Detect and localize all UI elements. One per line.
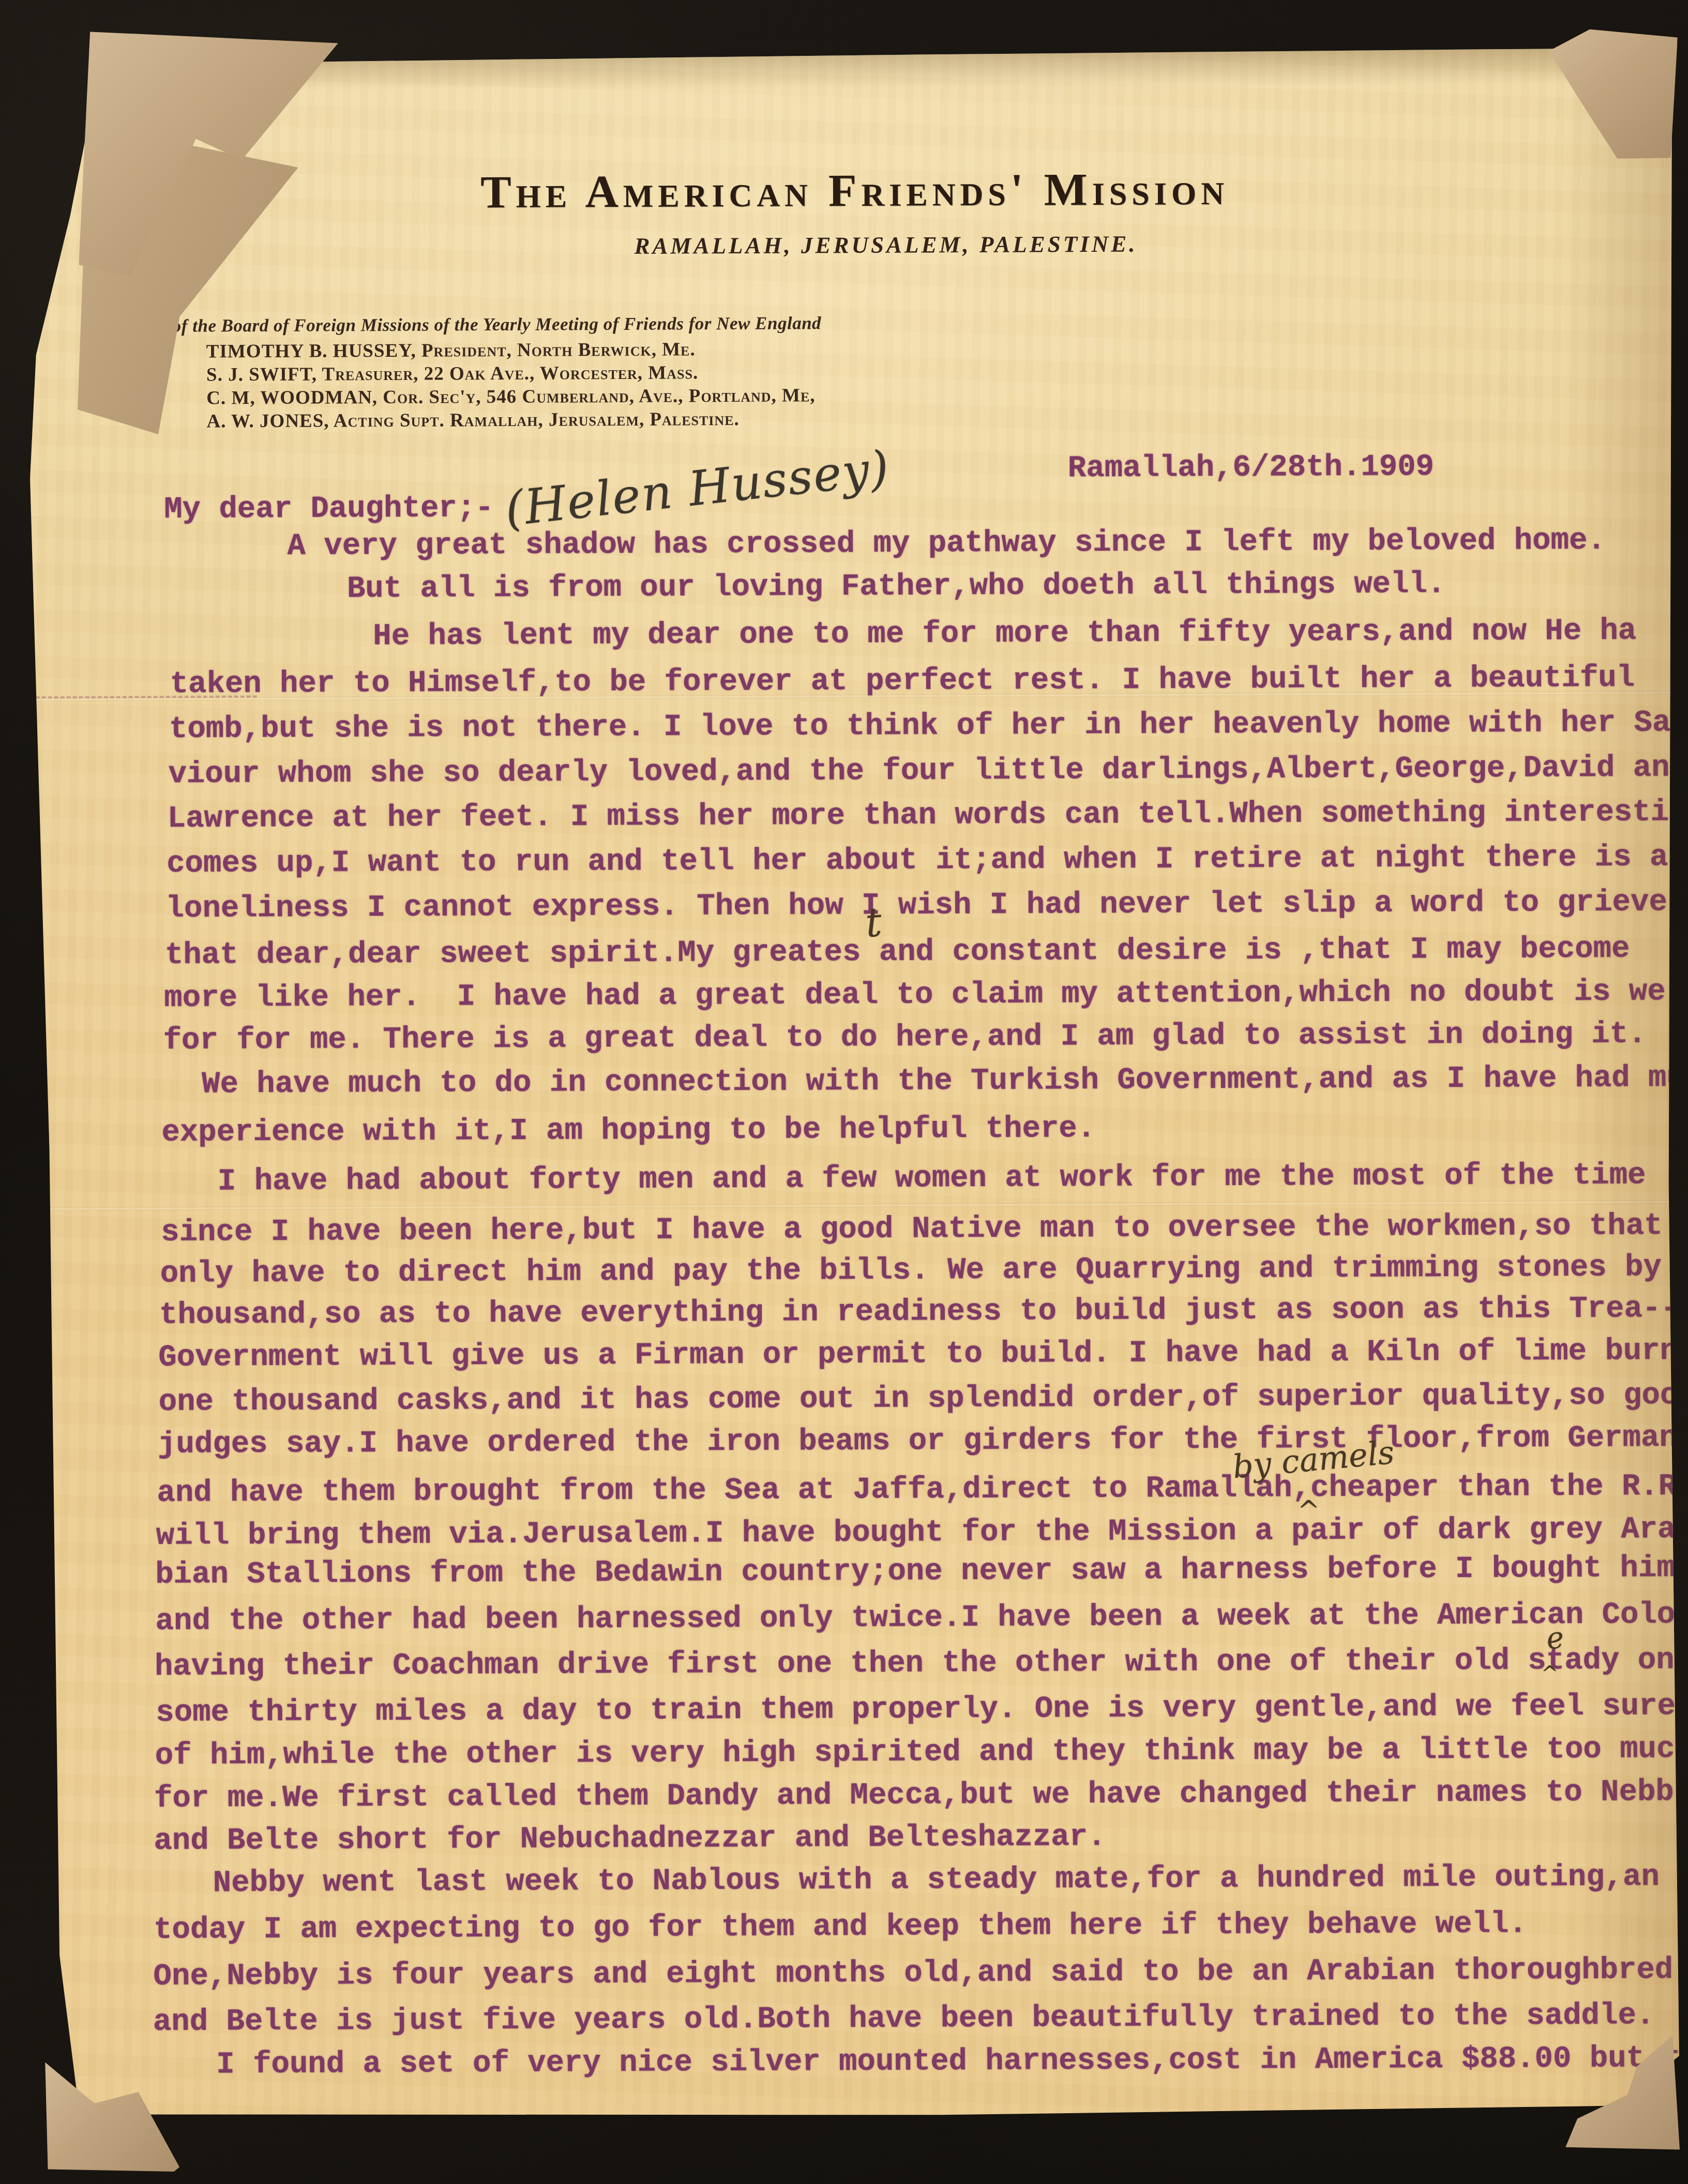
officer-line: C. M, WOODMAN, Cor. Sec'y, 546 Cumberlan… [206,384,815,410]
handwritten-annotation: t [864,899,883,947]
typed-line: that dear,dear sweet spirit.My greates a… [165,933,1630,970]
officers-heading: Officers of the Board of Foreign Mission… [106,313,822,337]
typed-line: experience with it,I am hoping to be hel… [161,1113,1095,1148]
handwritten-annotation: ^ [1541,1662,1559,1686]
letterhead-title: The American Friends' Mission [480,163,1229,219]
typed-line: more like her. I have had a great deal t… [164,976,1666,1013]
typed-line: of him,while the other is very high spir… [155,1734,1675,1771]
typed-line: Nebby went last week to Nablous with a s… [213,1861,1660,1898]
typed-line: judges say.I have ordered the iron beams… [158,1422,1678,1460]
typed-line: one thousand casks,and it has come out i… [159,1380,1679,1417]
typed-line: bian Stallions from the Bedawin country;… [155,1553,1675,1590]
typed-line: taken her to Himself,to be forever at pe… [170,662,1635,699]
typed-line: One,Nebby is four years and eight months… [153,1954,1673,1992]
handwritten-annotation: ^ [1297,1495,1320,1526]
typed-line: and Belte is just five years old.Both ha… [153,2000,1655,2037]
typed-line: tomb,but she is not there. I love to thi… [169,707,1671,745]
typed-line: for me.We first called them Dandy and Me… [154,1777,1674,1814]
typed-line: for for me. There is a great deal to do … [163,1019,1646,1056]
typed-line: only have to direct him and pay the bill… [160,1252,1682,1289]
typed-line: Government will give us a Firman or perm… [158,1336,1678,1373]
typed-line: and Belte short for Nebuchadnezzar and B… [154,1822,1106,1856]
officer-line: TIMOTHY B. HUSSEY, President, North Berw… [206,337,815,363]
dateline: Ramallah,6/28th.1909 [1068,451,1434,483]
typed-line: A very great shadow has crossed my pathw… [287,525,1605,562]
typed-line: thousand,so as to have everything in rea… [159,1293,1679,1330]
letter-sheet: The American Friends' Mission RAMALLAH, … [26,48,1682,2121]
typed-line: will bring them via.Jerusalem.I have bou… [156,1514,1676,1551]
typed-line: comes up,I want to run and tell her abou… [167,842,1668,879]
typed-line: today I am expecting to go for them and … [154,1908,1527,1945]
typed-line: I found a set of very nice silver mounte… [216,2043,1683,2080]
typed-line: I have had about forty men and a few wom… [218,1160,1646,1196]
handwritten-recipient-name: (Helen Hussey) [502,440,892,537]
typed-line: and have them brought from the Sea at Ja… [157,1471,1677,1508]
officer-line: A. W. JONES, Acting Supt. Ramallah, Jeru… [206,407,815,433]
officers-list: TIMOTHY B. HUSSEY, President, North Berw… [206,337,816,433]
album-page: { "letterhead": { "title": "The American… [0,0,1688,2184]
typed-line: We have much to do in connection with th… [202,1063,1683,1100]
typed-line: some thirty miles a day to train them pr… [156,1691,1676,1728]
typed-line: since I have been here,but I have a good… [161,1210,1663,1248]
typed-line: viour whom she so dearly loved,and the f… [168,752,1670,790]
typed-line: He has lent my dear one to me for more t… [373,615,1636,651]
salutation: My dear Daughter;- [164,493,494,525]
officer-line: S. J. SWIFT, Treasurer, 22 Oak Ave., Wor… [206,360,815,386]
typed-line: and the other had been harnessed only tw… [155,1599,1675,1636]
typed-line: having their Coachman drive first one th… [155,1645,1675,1682]
typed-line: loneliness I cannot express. Then how I … [165,887,1667,924]
typed-line: But all is from our loving Father,who do… [347,569,1446,604]
typed-line: Lawrence at her feet. I miss her more th… [168,797,1669,834]
letterhead-subtitle: RAMALLAH, JERUSALEM, PALESTINE. [634,231,1137,260]
